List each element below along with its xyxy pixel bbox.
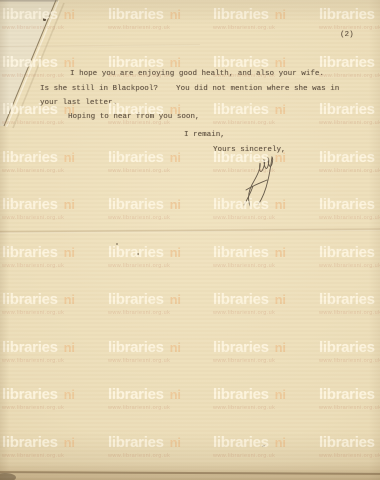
watermark-ni-mark: ni bbox=[64, 387, 75, 402]
watermark-brand: librariesni bbox=[213, 436, 323, 449]
letter-line-5: I remain, bbox=[184, 131, 225, 140]
watermark-url: www.librariesni.org.uk bbox=[213, 310, 323, 316]
watermark-tile: librariesniwww.librariesni.org.uk bbox=[319, 198, 380, 221]
watermark-ni-mark: ni bbox=[275, 292, 286, 307]
watermark-url: www.librariesni.org.uk bbox=[108, 263, 218, 269]
horizontal-crease bbox=[0, 228, 380, 234]
watermark-url: www.librariesni.org.uk bbox=[2, 168, 112, 174]
watermark-ni-mark: ni bbox=[275, 340, 286, 355]
watermark-url: www.librariesni.org.uk bbox=[108, 168, 218, 174]
watermark-brand: librariesni bbox=[213, 388, 323, 401]
watermark-brand: librariesni bbox=[108, 436, 218, 449]
letter-line-1: I hope you are enjoying good health, and… bbox=[70, 70, 324, 79]
watermark-url: www.librariesni.org.uk bbox=[319, 120, 380, 126]
watermark-ni-mark: ni bbox=[170, 292, 181, 307]
watermark-url: www.librariesni.org.uk bbox=[213, 215, 323, 221]
watermark-url: www.librariesni.org.uk bbox=[108, 215, 218, 221]
watermark-ni-mark: ni bbox=[170, 197, 181, 212]
watermark-tile: librariesniwww.librariesni.org.uk bbox=[2, 198, 112, 221]
watermark-ni-mark: ni bbox=[275, 387, 286, 402]
watermark-tile: librariesniwww.librariesni.org.uk bbox=[319, 388, 380, 411]
watermark-url: www.librariesni.org.uk bbox=[319, 453, 380, 459]
watermark-tile: librariesniwww.librariesni.org.uk bbox=[319, 436, 380, 459]
watermark-url: www.librariesni.org.uk bbox=[213, 263, 323, 269]
watermark-url: www.librariesni.org.uk bbox=[108, 25, 218, 31]
watermark-brand: librariesni bbox=[319, 198, 380, 211]
watermark-ni-mark: ni bbox=[275, 55, 286, 70]
watermark-brand: librariesni bbox=[2, 198, 112, 211]
letter-line-3: your last letter. bbox=[40, 99, 117, 108]
signature-scribble bbox=[236, 155, 284, 215]
watermark-url: www.librariesni.org.uk bbox=[213, 25, 323, 31]
watermark-url: www.librariesni.org.uk bbox=[108, 310, 218, 316]
page-number: (2) bbox=[340, 31, 354, 40]
watermark-ni-mark: ni bbox=[275, 435, 286, 450]
watermark-brand: librariesni bbox=[108, 8, 218, 21]
watermark-tile: librariesniwww.librariesni.org.uk bbox=[2, 341, 112, 364]
watermark-tile: librariesniwww.librariesni.org.uk bbox=[213, 103, 323, 126]
watermark-tile: librariesniwww.librariesni.org.uk bbox=[2, 151, 112, 174]
watermark-ni-mark: ni bbox=[170, 245, 181, 260]
watermark-tile: librariesniwww.librariesni.org.uk bbox=[319, 8, 380, 31]
paper-speck bbox=[137, 253, 139, 255]
watermark-url: www.librariesni.org.uk bbox=[108, 453, 218, 459]
watermark-brand: librariesni bbox=[213, 8, 323, 21]
watermark-ni-mark: ni bbox=[170, 150, 181, 165]
watermark-tile: librariesniwww.librariesni.org.uk bbox=[213, 388, 323, 411]
watermark-ni-mark: ni bbox=[170, 435, 181, 450]
watermark-tile: librariesniwww.librariesni.org.uk bbox=[108, 8, 218, 31]
watermark-tile: librariesniwww.librariesni.org.uk bbox=[2, 436, 112, 459]
watermark-ni-mark: ni bbox=[170, 55, 181, 70]
watermark-url: www.librariesni.org.uk bbox=[2, 215, 112, 221]
watermark-ni-mark: ni bbox=[64, 245, 75, 260]
watermark-tile: librariesniwww.librariesni.org.uk bbox=[108, 151, 218, 174]
watermark-ni-mark: ni bbox=[64, 150, 75, 165]
watermark-url: www.librariesni.org.uk bbox=[213, 358, 323, 364]
watermark-url: www.librariesni.org.uk bbox=[213, 405, 323, 411]
watermark-ni-mark: ni bbox=[64, 435, 75, 450]
watermark-brand: librariesni bbox=[213, 246, 323, 259]
watermark-tile: librariesniwww.librariesni.org.uk bbox=[2, 388, 112, 411]
watermark-tile: librariesniwww.librariesni.org.uk bbox=[108, 388, 218, 411]
watermark-url: www.librariesni.org.uk bbox=[2, 358, 112, 364]
watermark-brand: librariesni bbox=[213, 293, 323, 306]
watermark-url: www.librariesni.org.uk bbox=[2, 405, 112, 411]
watermark-tile: librariesniwww.librariesni.org.uk bbox=[213, 341, 323, 364]
letter-line-4: Hoping to hear from you soon, bbox=[68, 113, 200, 122]
watermark-ni-mark: ni bbox=[64, 292, 75, 307]
watermark-brand: librariesni bbox=[319, 246, 380, 259]
watermark-brand: librariesni bbox=[108, 56, 218, 69]
watermark-tile: librariesniwww.librariesni.org.uk bbox=[319, 151, 380, 174]
watermark-url: www.librariesni.org.uk bbox=[319, 263, 380, 269]
watermark-ni-mark: ni bbox=[275, 245, 286, 260]
watermark-brand: librariesni bbox=[2, 388, 112, 401]
watermark-brand: librariesni bbox=[108, 293, 218, 306]
watermark-ni-mark: ni bbox=[64, 340, 75, 355]
watermark-tile: librariesniwww.librariesni.org.uk bbox=[108, 246, 218, 269]
watermark-brand: librariesni bbox=[108, 341, 218, 354]
watermark-brand: librariesni bbox=[2, 436, 112, 449]
watermark-url: www.librariesni.org.uk bbox=[319, 358, 380, 364]
watermark-ni-mark: ni bbox=[275, 7, 286, 22]
watermark-tile: librariesniwww.librariesni.org.uk bbox=[319, 103, 380, 126]
watermark-tile: librariesniwww.librariesni.org.uk bbox=[2, 293, 112, 316]
watermark-url: www.librariesni.org.uk bbox=[319, 73, 380, 79]
watermark-tile: librariesniwww.librariesni.org.uk bbox=[319, 341, 380, 364]
watermark-ni-mark: ni bbox=[64, 197, 75, 212]
watermark-ni-mark: ni bbox=[170, 7, 181, 22]
watermark-tile: librariesniwww.librariesni.org.uk bbox=[108, 293, 218, 316]
watermark-ni-mark: ni bbox=[275, 102, 286, 117]
watermark-tile: librariesniwww.librariesni.org.uk bbox=[213, 8, 323, 31]
watermark-brand: librariesni bbox=[319, 388, 380, 401]
watermark-tile: librariesniwww.librariesni.org.uk bbox=[108, 198, 218, 221]
watermark-url: www.librariesni.org.uk bbox=[2, 263, 112, 269]
watermark-url: www.librariesni.org.uk bbox=[108, 405, 218, 411]
paper-speck bbox=[43, 18, 46, 21]
watermark-brand: librariesni bbox=[2, 293, 112, 306]
watermark-brand: librariesni bbox=[319, 293, 380, 306]
paper-speck bbox=[116, 243, 118, 245]
watermark-url: www.librariesni.org.uk bbox=[213, 453, 323, 459]
watermark-brand: librariesni bbox=[213, 103, 323, 116]
watermark-brand: librariesni bbox=[319, 151, 380, 164]
watermark-ni-mark: ni bbox=[170, 387, 181, 402]
watermark-brand: librariesni bbox=[108, 151, 218, 164]
watermark-url: www.librariesni.org.uk bbox=[319, 168, 380, 174]
watermark-brand: librariesni bbox=[319, 56, 380, 69]
watermark-url: www.librariesni.org.uk bbox=[319, 215, 380, 221]
watermark-url: www.librariesni.org.uk bbox=[2, 453, 112, 459]
watermark-brand: librariesni bbox=[213, 341, 323, 354]
watermark-tile: librariesniwww.librariesni.org.uk bbox=[2, 246, 112, 269]
watermark-tile: librariesniwww.librariesni.org.uk bbox=[108, 341, 218, 364]
watermark-tile: librariesniwww.librariesni.org.uk bbox=[319, 56, 380, 79]
watermark-brand: librariesni bbox=[319, 8, 380, 21]
watermark-brand: librariesni bbox=[2, 151, 112, 164]
watermark-url: www.librariesni.org.uk bbox=[319, 405, 380, 411]
watermark-brand: librariesni bbox=[2, 341, 112, 354]
watermark-url: www.librariesni.org.uk bbox=[2, 310, 112, 316]
watermark-brand: librariesni bbox=[319, 103, 380, 116]
paper-speck bbox=[262, 445, 265, 447]
watermark-brand: librariesni bbox=[319, 436, 380, 449]
watermark-tile: librariesniwww.librariesni.org.uk bbox=[319, 246, 380, 269]
watermark-url: www.librariesni.org.uk bbox=[108, 358, 218, 364]
watermark-brand: librariesni bbox=[319, 341, 380, 354]
watermark-tile: librariesniwww.librariesni.org.uk bbox=[213, 246, 323, 269]
watermark-url: www.librariesni.org.uk bbox=[213, 120, 323, 126]
bottom-corner-notch bbox=[0, 473, 16, 480]
letter-line-2: Is she still in Blackpool? You did not m… bbox=[40, 85, 339, 94]
watermark-tile: librariesniwww.librariesni.org.uk bbox=[213, 293, 323, 316]
watermark-url: www.librariesni.org.uk bbox=[319, 310, 380, 316]
watermark-tile: librariesniwww.librariesni.org.uk bbox=[213, 436, 323, 459]
watermark-tile: librariesniwww.librariesni.org.uk bbox=[319, 293, 380, 316]
scanned-letter-page: (2) I hope you are enjoying good health,… bbox=[0, 0, 380, 480]
watermark-brand: librariesni bbox=[108, 246, 218, 259]
watermark-ni-mark: ni bbox=[170, 340, 181, 355]
watermark-brand: librariesni bbox=[108, 198, 218, 211]
watermark-brand: librariesni bbox=[213, 56, 323, 69]
watermark-tile: librariesniwww.librariesni.org.uk bbox=[108, 436, 218, 459]
watermark-brand: librariesni bbox=[2, 246, 112, 259]
letter-line-6: Yours sincerely, bbox=[213, 146, 286, 155]
watermark-brand: librariesni bbox=[108, 388, 218, 401]
